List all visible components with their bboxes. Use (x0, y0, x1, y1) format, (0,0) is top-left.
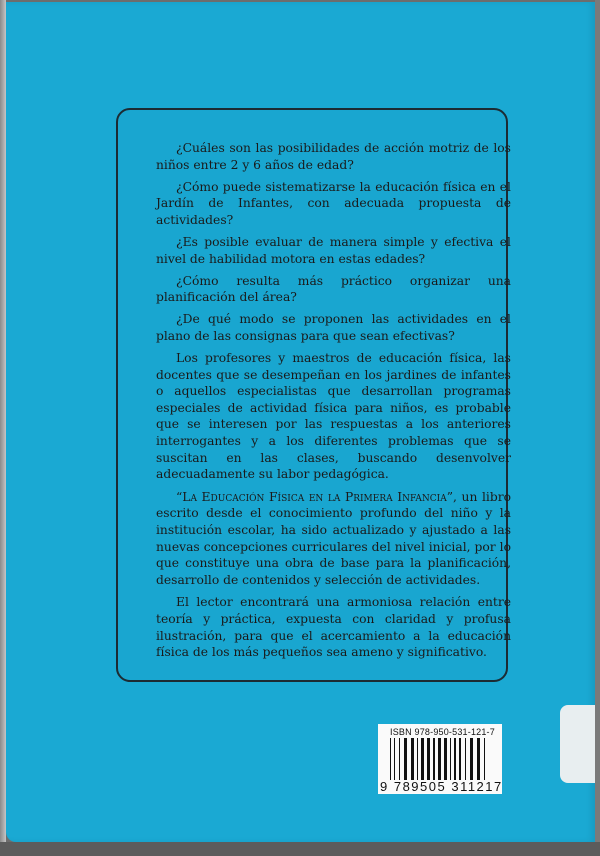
question-3: ¿Es posible evaluar de manera simple y e… (156, 234, 511, 267)
question-5: ¿De qué modo se proponen las actividades… (156, 311, 511, 344)
audience-paragraph: Los profesores y maestros de educación f… (156, 350, 511, 483)
book-paragraph-text: , un libro escrito desde el conocimiento… (156, 490, 511, 587)
scan-bottom-edge (0, 842, 600, 856)
book-paragraph: “La Educación Física en la Primera Infan… (156, 489, 511, 589)
question-2: ¿Cómo puede sistematizarse la educación … (156, 179, 511, 229)
library-sticker (560, 705, 595, 783)
reader-paragraph: El lector encontrará una armoniosa relac… (156, 594, 511, 660)
book-title: “La Educación Física en la Primera Infan… (176, 490, 453, 504)
barcode-bars (390, 738, 498, 780)
question-4: ¿Cómo resulta más práctico organizar una… (156, 273, 511, 306)
cover-text: ¿Cuáles son las posibilidades de acción … (156, 140, 511, 667)
barcode-digits: 9 789505 311217 (380, 780, 498, 793)
isbn-label: ISBN 978-950-531-121-7 (390, 727, 498, 737)
isbn-barcode: ISBN 978-950-531-121-7 9 789505 311217 (378, 724, 502, 794)
page-edge (595, 0, 600, 856)
question-1: ¿Cuáles son las posibilidades de acción … (156, 140, 511, 173)
